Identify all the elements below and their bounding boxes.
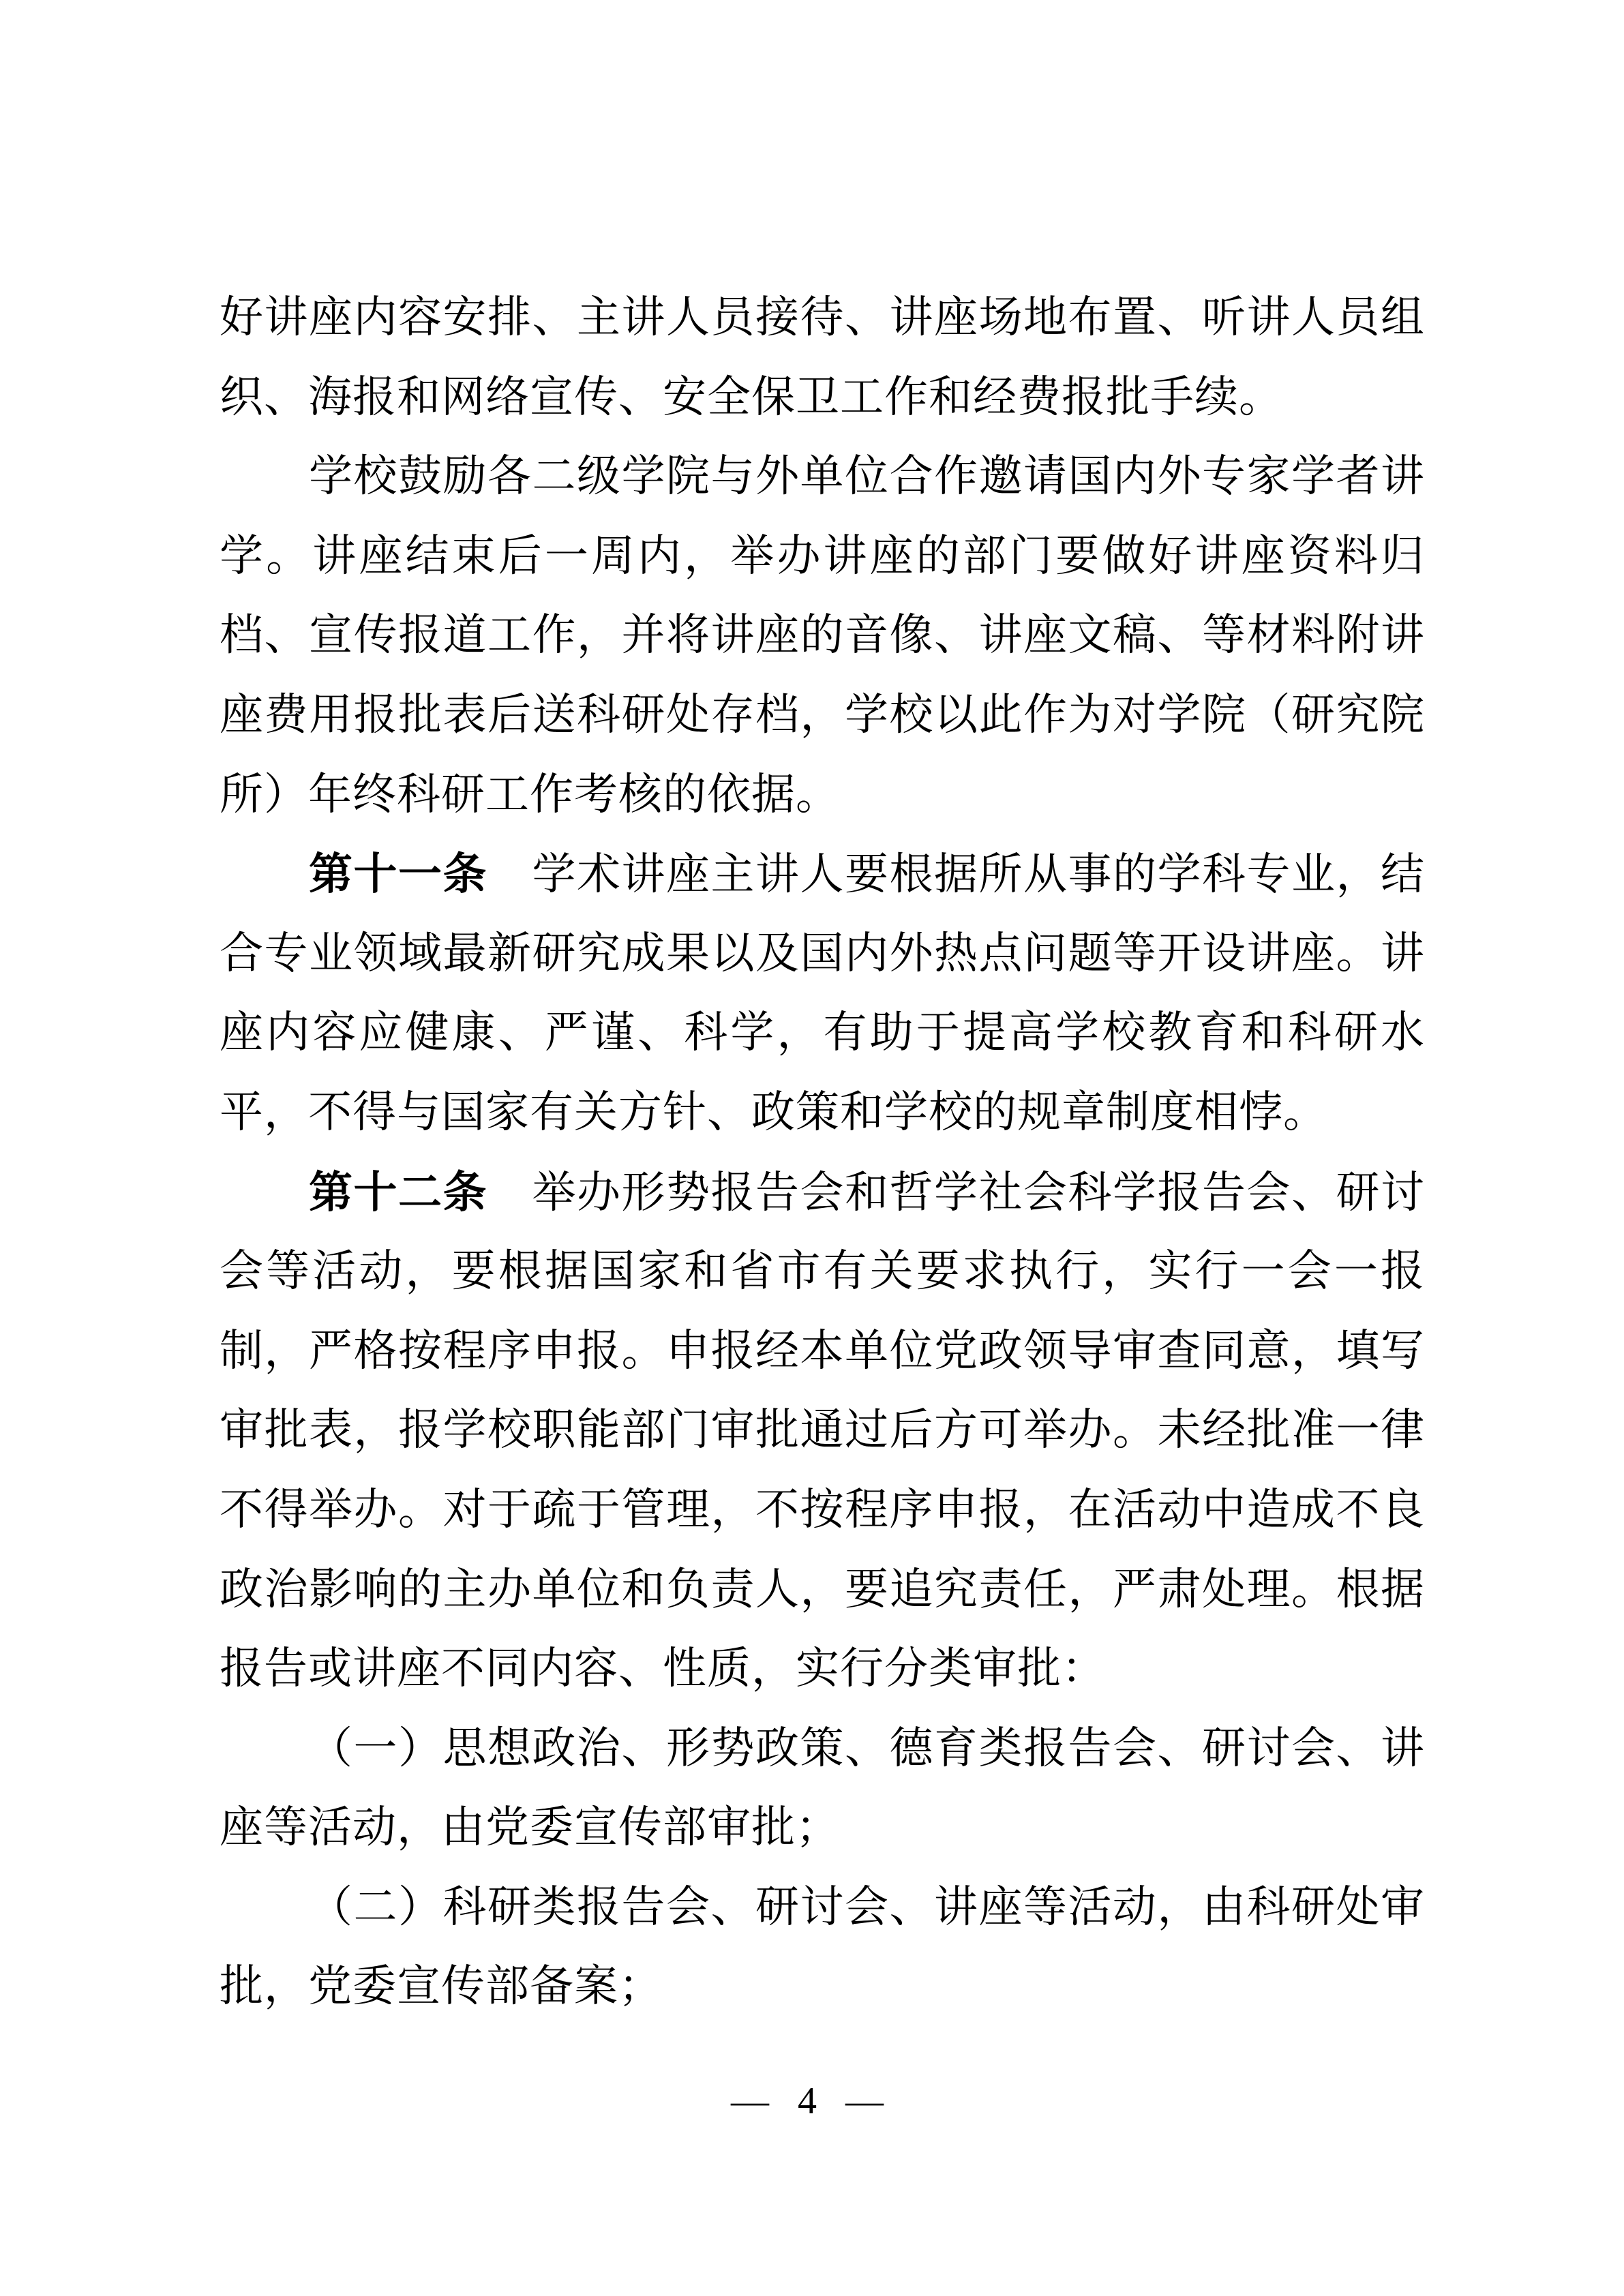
text-line: 政治影响的主办单位和负责人，要追究责任，严肃处理。根据 [220, 1550, 1425, 1630]
line-text: 座等活动，由党委宣传部审批； [220, 1803, 840, 1852]
line-text: （一）思想政治、形势政策、德育类报告会、研讨会、讲 [309, 1724, 1425, 1772]
text-line: 学校鼓励各二级学院与外单位合作邀请国内外专家学者讲 [220, 437, 1425, 517]
text-line: 第十一条 学术讲座主讲人要根据所从事的学科专业，结 [220, 834, 1425, 914]
article-heading-12: 第十二条 [309, 1168, 487, 1217]
line-text: 报告或讲座不同内容、性质，实行分类审批： [220, 1644, 1106, 1693]
line-text: 学术讲座主讲人要根据所从事的学科专业，结 [487, 850, 1425, 898]
line-text: 档、宣传报道工作，并将讲座的音像、讲座文稿、等材料附讲 [220, 611, 1425, 659]
text-line: 座内容应健康、严谨、科学，有助于提高学校教育和科研水 [220, 993, 1425, 1073]
line-text: 合专业领域最新研究成果以及国内外热点问题等开设讲座。讲 [220, 929, 1425, 978]
text-line: 平，不得与国家有关方针、政策和学校的规章制度相悖。 [220, 1073, 1425, 1153]
line-text: 织、海报和网络宣传、安全保卫工作和经费报批手续。 [220, 373, 1283, 421]
text-line: 座费用报批表后送科研处存档，学校以此作为对学院（研究院 [220, 676, 1425, 755]
line-text: 好讲座内容安排、主讲人员接待、讲座场地布置、听讲人员组 [220, 293, 1425, 342]
text-line: 会等活动，要根据国家和省市有关要求执行，实行一会一报 [220, 1232, 1425, 1312]
line-text: 座内容应健康、严谨、科学，有助于提高学校教育和科研水 [220, 1008, 1425, 1057]
line-text: 不得举办。对于疏于管理，不按程序申报，在活动中造成不良 [220, 1485, 1425, 1534]
line-text: 会等活动，要根据国家和省市有关要求执行，实行一会一报 [220, 1247, 1425, 1295]
text-line: 批，党委宣传部备案； [220, 1947, 1425, 2027]
line-text: （二）科研类报告会、研讨会、讲座等活动，由科研处审 [309, 1883, 1425, 1931]
text-line: 审批表，报学校职能部门审批通过后方可举办。未经批准一律 [220, 1391, 1425, 1470]
line-text: 制，严格按程序申报。申报经本单位党政领导审查同意，填写 [220, 1327, 1425, 1375]
text-line: 制，严格按程序申报。申报经本单位党政领导审查同意，填写 [220, 1312, 1425, 1391]
document-body: 好讲座内容安排、主讲人员接待、讲座场地布置、听讲人员组 织、海报和网络宣传、安全… [220, 278, 1425, 2027]
text-line: 织、海报和网络宣传、安全保卫工作和经费报批手续。 [220, 358, 1425, 438]
text-line: （一）思想政治、形势政策、德育类报告会、研讨会、讲 [220, 1709, 1425, 1789]
text-line: 合专业领域最新研究成果以及国内外热点问题等开设讲座。讲 [220, 914, 1425, 994]
line-text: 座费用报批表后送科研处存档，学校以此作为对学院（研究院 [220, 691, 1425, 739]
page-number: — 4 — [0, 2079, 1624, 2123]
text-line: 不得举办。对于疏于管理，不按程序申报，在活动中造成不良 [220, 1470, 1425, 1550]
article-heading-11: 第十一条 [309, 849, 487, 898]
line-text: 平，不得与国家有关方针、政策和学校的规章制度相悖。 [220, 1088, 1327, 1136]
text-line: 座等活动，由党委宣传部审批； [220, 1788, 1425, 1868]
line-text: 政治影响的主办单位和负责人，要追究责任，严肃处理。根据 [220, 1565, 1425, 1614]
text-line: 档、宣传报道工作，并将讲座的音像、讲座文稿、等材料附讲 [220, 596, 1425, 676]
text-line: 第十二条 举办形势报告会和哲学社会科学报告会、研讨 [220, 1153, 1425, 1233]
text-line: （二）科研类报告会、研讨会、讲座等活动，由科研处审 [220, 1868, 1425, 1948]
text-line: 报告或讲座不同内容、性质，实行分类审批： [220, 1629, 1425, 1709]
document-page: 好讲座内容安排、主讲人员接待、讲座场地布置、听讲人员组 织、海报和网络宣传、安全… [0, 0, 1624, 2296]
line-text: 批，党委宣传部备案； [220, 1962, 663, 2010]
line-text: 举办形势报告会和哲学社会科学报告会、研讨 [487, 1168, 1425, 1217]
text-line: 所）年终科研工作考核的依据。 [220, 755, 1425, 835]
line-text: 学。讲座结束后一周内，举办讲座的部门要做好讲座资料归 [220, 532, 1425, 580]
line-text: 学校鼓励各二级学院与外单位合作邀请国内外专家学者讲 [309, 452, 1425, 500]
text-line: 学。讲座结束后一周内，举办讲座的部门要做好讲座资料归 [220, 517, 1425, 596]
line-text: 所）年终科研工作考核的依据。 [220, 770, 840, 819]
line-text: 审批表，报学校职能部门审批通过后方可举办。未经批准一律 [220, 1406, 1425, 1454]
text-line: 好讲座内容安排、主讲人员接待、讲座场地布置、听讲人员组 [220, 278, 1425, 358]
